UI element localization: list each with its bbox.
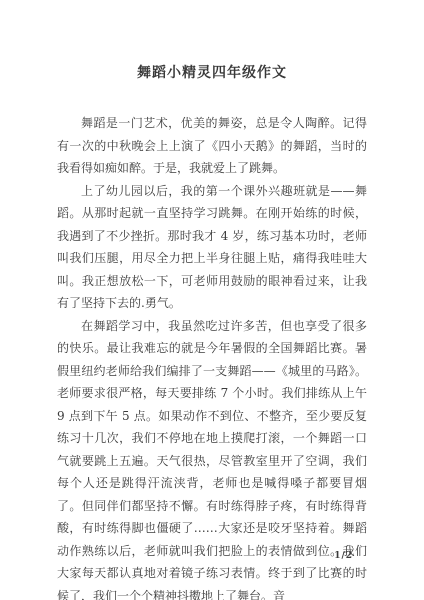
document-page: 舞蹈小精灵四年级作文 舞蹈是一门艺术，优美的舞姿，总是令人陶醉。记得有一次的中秋… (0, 0, 424, 600)
paragraph: 上了幼儿园以后，我的第一个课外兴趣班就是——舞蹈。从那时起就一直坚持学习跳舞。在… (57, 180, 367, 315)
paragraph: 舞蹈是一门艺术，优美的舞姿，总是令人陶醉。记得有一次的中秋晚会上上演了《四小天鹅… (57, 112, 367, 180)
paragraph: 在舞蹈学习中，我虽然吃过许多苦，但也享受了很多的快乐。最让我难忘的就是今年暑假的… (57, 315, 367, 600)
document-title: 舞蹈小精灵四年级作文 (0, 0, 424, 82)
document-body: 舞蹈是一门艺术，优美的舞姿，总是令人陶醉。记得有一次的中秋晚会上上演了《四小天鹅… (57, 112, 367, 600)
page-number: 1/2 (334, 551, 353, 561)
